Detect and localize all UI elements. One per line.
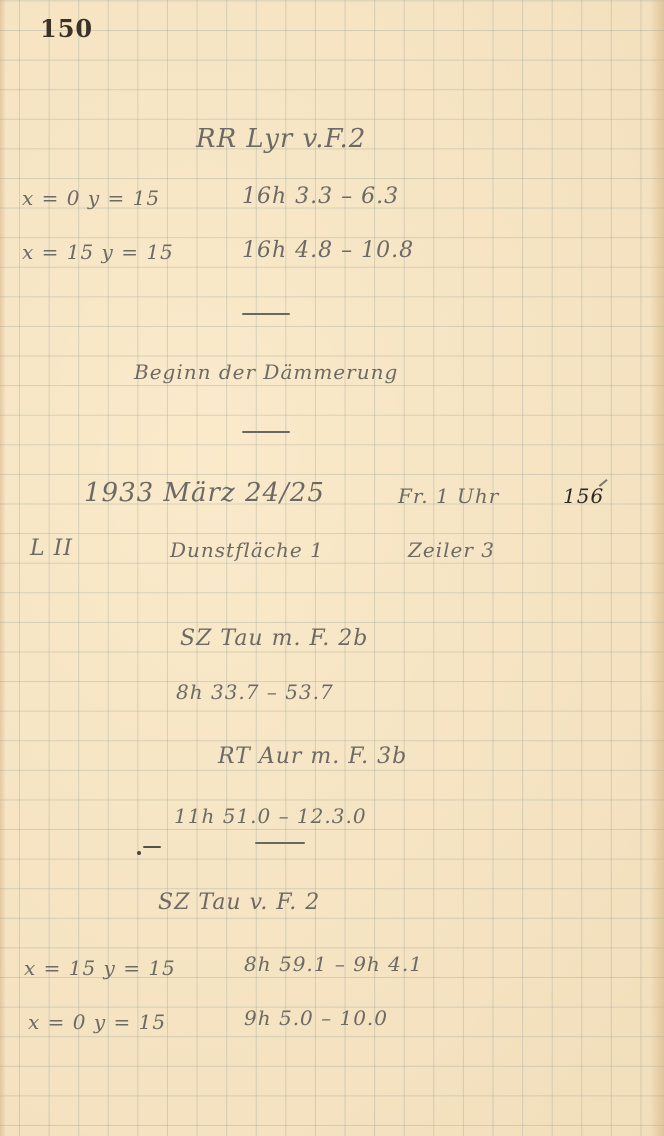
- page-number: 150: [40, 14, 93, 43]
- plate-number: 156: [563, 484, 604, 508]
- heading-sz-tau: SZ Tau m. F. 2b: [180, 626, 368, 651]
- heading-sz-tau-2: SZ Tau v. F. 2: [158, 890, 320, 915]
- haze-rating: Dunstfläche 1: [170, 538, 324, 562]
- time-range: 11h 51.0 – 12.3.0: [174, 804, 367, 828]
- observation-date: 1933 März 24/25: [84, 478, 325, 508]
- seeing-rating: Zeiler 3: [408, 538, 495, 562]
- time-range: 8h 33.7 – 53.7: [176, 680, 334, 704]
- ink-mark: [143, 846, 161, 848]
- page-edge-shadow: [650, 0, 664, 1136]
- twilight-note: Beginn der Dämmerung: [134, 360, 398, 384]
- time-range: 8h 59.1 – 9h 4.1: [244, 952, 423, 976]
- notebook-page: 150 RR Lyr v.F.2 x = 0 y = 15 16h 3.3 – …: [0, 0, 664, 1136]
- start-time: Fr. 1 Uhr: [398, 484, 499, 508]
- heading-rr-lyr: RR Lyr v.F.2: [196, 124, 366, 154]
- coords-line: x = 0 y = 15: [22, 186, 160, 210]
- heading-rt-aur: RT Aur m. F. 3b: [218, 744, 407, 769]
- time-range: 16h 4.8 – 10.8: [242, 238, 414, 263]
- time-range: 9h 5.0 – 10.0: [244, 1006, 388, 1030]
- ink-dot: [137, 851, 141, 855]
- coords-line: x = 0 y = 15: [28, 1010, 166, 1034]
- binding-shadow: [0, 0, 6, 1136]
- coords-line: x = 15 y = 15: [24, 956, 176, 980]
- separator-dash: [242, 313, 290, 315]
- coords-line: x = 15 y = 15: [22, 240, 174, 264]
- time-range: 16h 3.3 – 6.3: [242, 184, 399, 209]
- separator-dash: [255, 842, 305, 844]
- instrument-label: L II: [30, 536, 73, 561]
- separator-dash: [242, 431, 290, 433]
